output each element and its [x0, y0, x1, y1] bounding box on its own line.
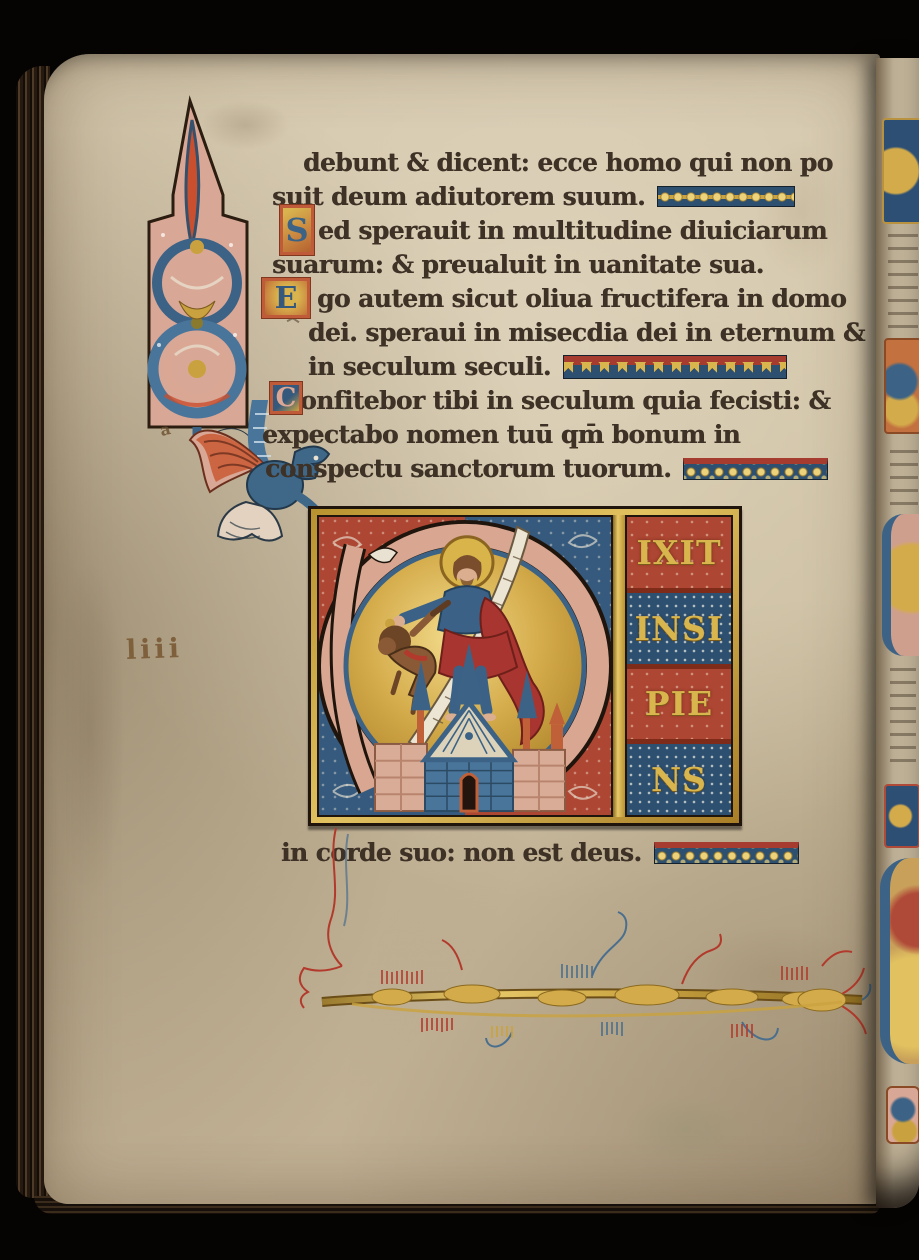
line-filler-wave	[683, 458, 828, 480]
line-text: go autem sicut oliua fructifera in domo	[317, 284, 846, 313]
manuscript-photo: a debunt & dicent: ecce homo qui non po …	[0, 0, 919, 1260]
text-line: Ego autem sicut oliua fructifera in domo	[317, 282, 846, 316]
text-line: suit deum adiutorem suum.	[272, 180, 795, 214]
text-line: debunt & dicent: ecce homo qui non po	[303, 146, 833, 180]
facing-text-fragment	[888, 234, 918, 354]
facing-initial-fragment	[884, 338, 919, 434]
line-text: in seculum seculi.	[308, 352, 551, 381]
facing-initial-fragment	[880, 858, 919, 1064]
facing-text-fragment	[890, 450, 918, 508]
text-line: Sed sperauit in multitudine diuiciarum	[318, 214, 827, 248]
text-line: expectabo nomen tuū qm̄ bonum in	[262, 418, 740, 452]
text-line: in seculum seculi.	[308, 350, 787, 384]
facing-initial-fragment	[882, 118, 919, 224]
text-line: Confitebor tibi in seculum quia fecisti:…	[300, 384, 830, 418]
line-text: ed sperauit in multitudine diuiciarum	[318, 216, 827, 245]
word-panel-ixit: IXIT	[627, 517, 731, 593]
text-line: dei. speraui in misecdia dei in eternum …	[308, 316, 865, 350]
facing-ornament-fragment	[886, 1086, 919, 1144]
line-text: suit deum adiutorem suum.	[272, 182, 645, 211]
line-text: suarum: & preualuit in uanitate sua.	[272, 250, 764, 279]
versal-initial-E: E	[262, 278, 310, 318]
text-line: suarum: & preualuit in uanitate sua.	[272, 248, 764, 282]
initial-letter-D	[317, 515, 613, 817]
facing-text-fragment	[890, 668, 916, 764]
margin-tower-ornament	[135, 95, 260, 443]
gold-divider	[613, 515, 625, 817]
bas-de-page-flourish	[262, 826, 874, 1060]
initial-word-panels: IXIT INSI PIE NS	[625, 515, 733, 817]
word-panel-ns: NS	[627, 744, 731, 815]
line-text: debunt & dicent: ecce homo qui non po	[303, 148, 833, 177]
facing-page-edge	[876, 58, 919, 1208]
facing-initial-fragment	[882, 514, 919, 656]
line-filler-chain	[657, 186, 795, 207]
word-panel-pie: PIE	[627, 669, 731, 745]
line-text: expectabo nomen tuū qm̄ bonum in	[262, 420, 740, 449]
facing-initial-fragment	[884, 784, 919, 848]
versal-initial-C: C	[270, 382, 302, 414]
initial-miniature	[319, 517, 611, 815]
line-filler-zigzag	[563, 355, 787, 379]
text-line: conspectu sanctorum tuorum.	[265, 452, 828, 486]
folio-number: liii	[125, 633, 183, 666]
line-text: onfitebor tibi in seculum quia fecisti: …	[300, 386, 830, 415]
line-text: conspectu sanctorum tuorum.	[265, 454, 671, 483]
illuminated-initial-panel: IXIT INSI PIE NS	[308, 506, 742, 826]
word-panel-insi: INSI	[627, 593, 731, 669]
line-text: dei. speraui in misecdia dei in eternum …	[308, 318, 865, 347]
